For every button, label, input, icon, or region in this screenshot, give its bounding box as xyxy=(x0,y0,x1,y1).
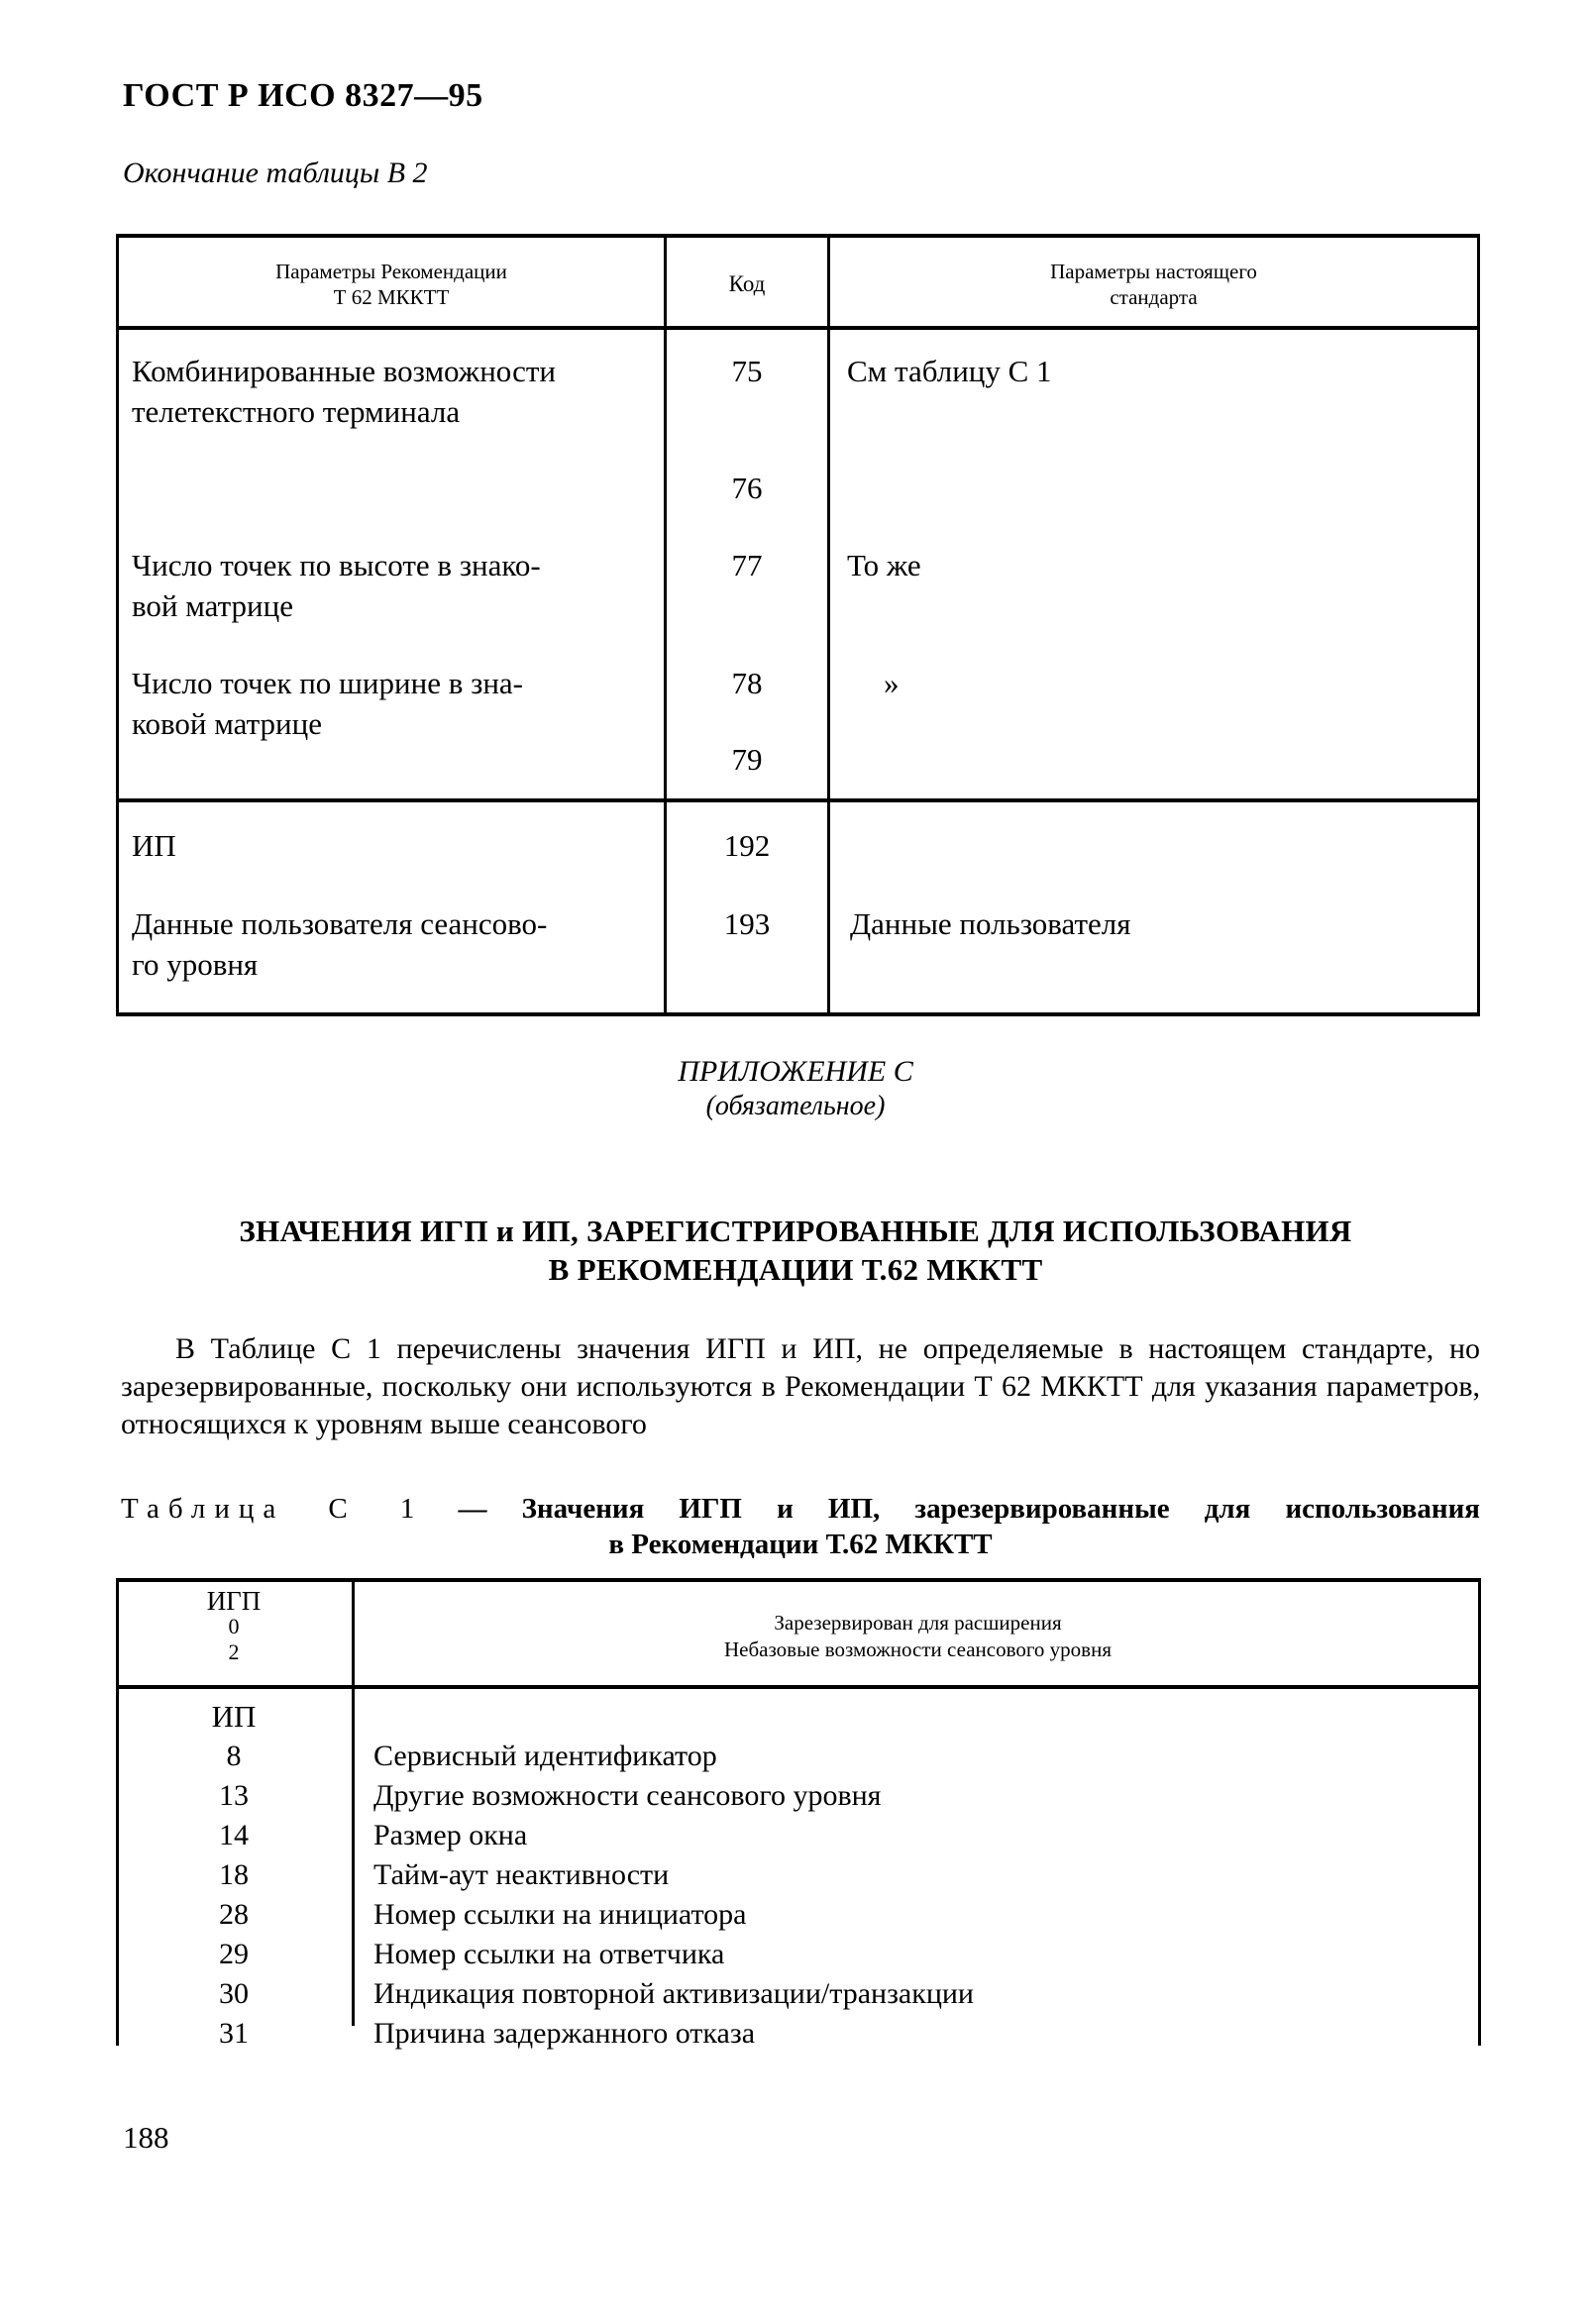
code-cell: 78 xyxy=(667,663,827,703)
code-cell: 75 xyxy=(667,351,827,391)
column-header-standard-params: Параметры настоящегостандарта xyxy=(830,240,1477,329)
table-row: 8Сервисный идентификатор xyxy=(116,1737,1481,1776)
table-row: Комбинированные возможностителетекстного… xyxy=(132,351,556,432)
header-group-code: ИГП 0 2 xyxy=(116,1588,352,1665)
column-header-t62-params: Параметры РекомендацииТ 62 МККТТ xyxy=(119,240,664,329)
standard-cell: Данные пользователя xyxy=(850,903,1131,944)
table-row: Число точек по ширине в зна-ковой матриц… xyxy=(132,663,523,744)
group-label-row: ИП xyxy=(116,1697,1481,1737)
table-border-left xyxy=(116,234,119,1016)
code-cell: 193 xyxy=(667,903,827,944)
document-code: ГОСТ Р ИСО 8327—95 xyxy=(123,77,483,115)
table-row: 14Размер окна xyxy=(116,1816,1481,1855)
table-row: 18Тайм-аут неактивности xyxy=(116,1855,1481,1895)
header-divider xyxy=(116,1685,1481,1689)
section-divider xyxy=(116,798,1480,802)
page-number: 188 xyxy=(123,2120,169,2156)
table-body: ИП 8Сервисный идентификатор 13Другие воз… xyxy=(116,1697,1481,2054)
appendix-subtitle: (обязательное) xyxy=(0,1091,1591,1122)
table-row: 31Причина задержанного отказа xyxy=(116,2014,1481,2054)
table-row: 13Другие возможности сеансового уровня xyxy=(116,1776,1481,1816)
table-border-right xyxy=(1477,234,1480,1016)
standard-cell: То же xyxy=(847,545,921,585)
table-row: Данные пользователя сеансово-го уровня xyxy=(132,903,547,985)
table-row: 29Номер ссылки на ответчика xyxy=(116,1935,1481,1974)
code-cell: 192 xyxy=(667,825,827,866)
table-b2: Параметры РекомендацииТ 62 МККТТ Код Пар… xyxy=(116,234,1480,1016)
table-continuation-label: Окончание таблицы В 2 xyxy=(123,157,428,190)
caption-label: Таблица С 1 xyxy=(121,1493,423,1525)
standard-cell: См таблицу С 1 xyxy=(847,351,1052,391)
table-border-top xyxy=(116,234,1480,238)
standard-cell: » xyxy=(884,663,900,703)
section-title: ЗНАЧЕНИЯ ИГП и ИП, ЗАРЕГИСТРИРОВАННЫЕ ДЛ… xyxy=(0,1212,1591,1289)
table-row: 28Номер ссылки на инициатора xyxy=(116,1895,1481,1935)
column-divider xyxy=(827,234,830,1016)
table-row: Число точек по высоте в знако-вой матриц… xyxy=(132,545,541,626)
table-row: 30Индикация повторной активизации/транза… xyxy=(116,1974,1481,2014)
code-cell: 76 xyxy=(667,468,827,508)
appendix-title: ПРИЛОЖЕНИЕ С xyxy=(0,1053,1591,1091)
table-row: ИП xyxy=(132,825,176,866)
intro-paragraph: В Таблице С 1 перечислены значения ИГП и… xyxy=(121,1330,1480,1443)
table-border-bottom xyxy=(116,1012,1480,1016)
table-c1: ИГП 0 2 Зарезервирован для расширения Не… xyxy=(116,1578,1481,2046)
caption-title: Значения ИГП и ИП, зарезервированные для… xyxy=(522,1493,1480,1525)
column-header-code: Код xyxy=(667,240,827,329)
code-cell: 79 xyxy=(667,739,827,780)
table-border-top xyxy=(116,1578,1481,1582)
code-cell: 77 xyxy=(667,545,827,585)
header-descriptions: Зарезервирован для расширения Небазовые … xyxy=(355,1610,1481,1663)
table-caption: Таблица С 1 — Значения ИГП и ИП, зарезер… xyxy=(121,1491,1480,1562)
